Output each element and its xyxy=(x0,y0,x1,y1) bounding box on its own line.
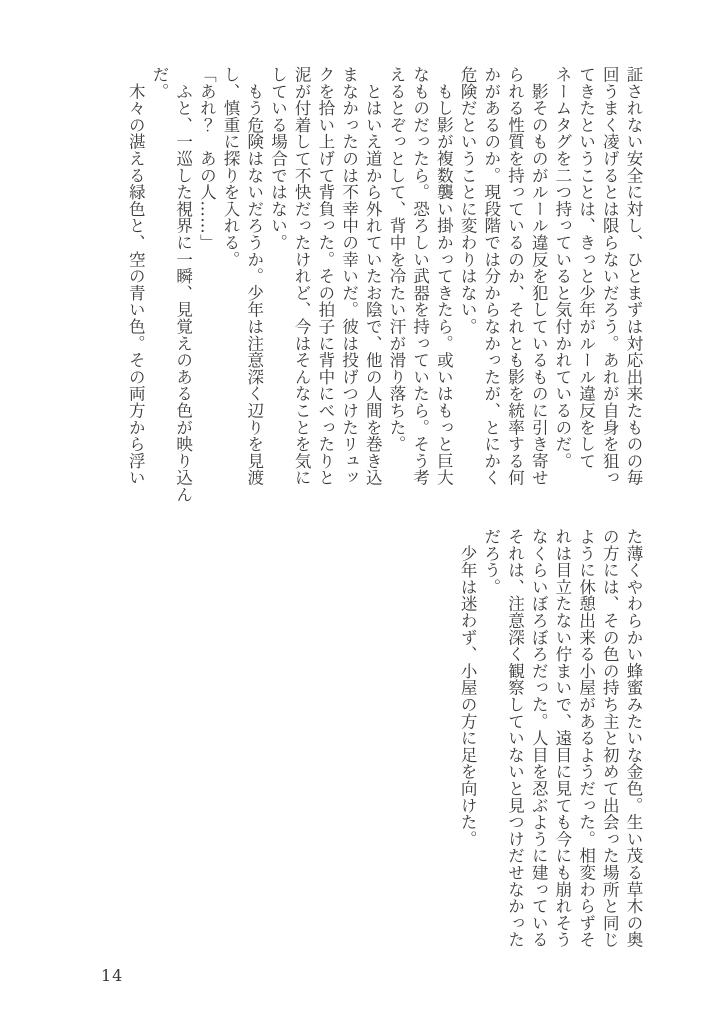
text-line: 危険だということに変わりはない。 xyxy=(455,66,479,490)
text-line: えるとぞっとして、背中を冷たい汗が滑り落ちた。 xyxy=(384,66,408,490)
text-line: し、慎重に探りを入れる。 xyxy=(218,66,242,490)
page-number: 14 xyxy=(101,966,123,985)
text-line: している場合ではない。 xyxy=(266,66,290,490)
text-line: ネームタグを二つ持っていると気付かれているのだ。 xyxy=(550,66,574,490)
text-line: てきたということは、きっと少年がルール違反をして xyxy=(574,66,598,490)
text-line: 回うまく凌げるとは限らないだろう。あれが自身を狙っ xyxy=(598,66,622,490)
text-line: もし影が複数襲い掛かってきたら。或いはもっと巨大 xyxy=(432,66,456,490)
text-line: なものだったら。恐ろしい武器を持っていたら。そう考 xyxy=(408,66,432,490)
text-line: それは、注意深く観察していないと見つけだせなかった xyxy=(503,528,527,952)
text-line: かがあるのか。現段階では分からなかったが、とにかく xyxy=(479,66,503,490)
text-line: た薄くやわらかい蜂蜜みたいな金色。生い茂る草木の奥 xyxy=(621,528,645,952)
text-line: ふと、一巡した視界に一瞬、見覚えのある色が映り込ん xyxy=(171,66,195,490)
text-line: 木々の湛える緑色と、空の青い色。その両方から浮い xyxy=(124,66,148,490)
text-block-upper: 証されない安全に対し、ひとまずは対応出来たものの毎 回うまく凌げるとは限らないだ… xyxy=(124,66,645,490)
text-line: なくらいぼろぼろだった。人目を忍ぶように建っている xyxy=(526,528,550,952)
text-line: れは目立たない佇まいで、遠目に見ても今にも崩れそう xyxy=(550,528,574,952)
text-line: まなかったのは不幸中の幸いだ。彼は投げつけたリュッ xyxy=(337,66,361,490)
document-page: 証されない安全に対し、ひとまずは対応出来たものの毎 回うまく凌げるとは限らないだ… xyxy=(0,0,722,1024)
text-line: クを拾い上げて背負った。その拍子に背中にべったりと xyxy=(313,66,337,490)
text-line: ように休憩出来る小屋があるようだった。相変わらずそ xyxy=(574,528,598,952)
text-line: 少年は迷わず、小屋の方に足を向けた。 xyxy=(455,528,479,952)
text-block-lower: た薄くやわらかい蜂蜜みたいな金色。生い茂る草木の奥 の方には、その色の持ち主と初… xyxy=(455,528,645,952)
text-line: もう危険はないだろうか。少年は注意深く辺りを見渡 xyxy=(242,66,266,490)
text-line: られる性質を持っているのか、それとも影を統率する何 xyxy=(503,66,527,490)
text-line-dialogue: 「あれ？ あの人……」 xyxy=(195,66,219,490)
text-line: の方には、その色の持ち主と初めて出会った場所と同じ xyxy=(598,528,622,952)
text-line: 影そのものがルール違反を犯しているものに引き寄せ xyxy=(526,66,550,490)
text-line: 証されない安全に対し、ひとまずは対応出来たものの毎 xyxy=(621,66,645,490)
text-line: とはいえ道から外れていたお陰で、他の人間を巻き込 xyxy=(361,66,385,490)
text-line: 泥が付着して不快だったけれど、今はそんなことを気に xyxy=(289,66,313,490)
text-line: だ。 xyxy=(147,66,171,490)
text-line: だろう。 xyxy=(479,528,503,952)
